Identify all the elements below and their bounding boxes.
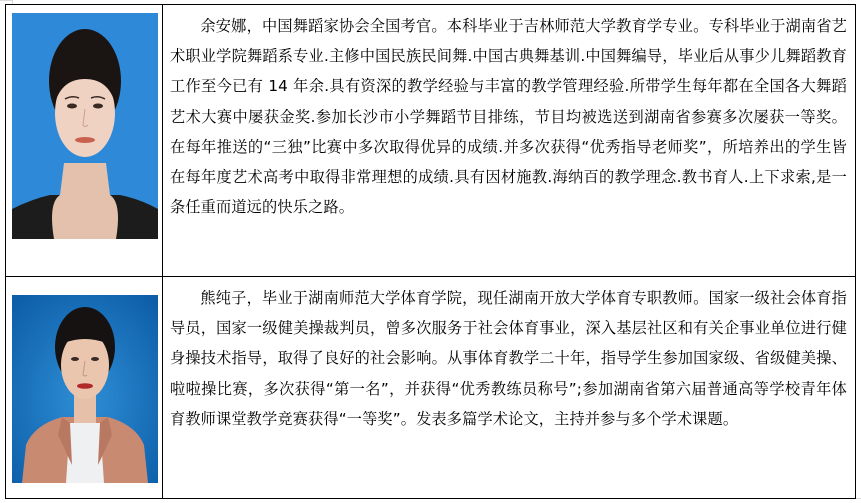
bio-cell: 熊纯子，毕业于湖南师范大学体育学院，现任湖南开放大学体育专职教师。国家一级社会体… — [163, 277, 856, 499]
photo-cell — [6, 5, 163, 277]
portrait-image — [12, 295, 158, 483]
teacher-bio-text: 余安娜，中国舞蹈家协会全国考官。本科毕业于吉林师范大学教育学专业。专科毕业于湖南… — [170, 11, 847, 222]
bio-cell: 余安娜，中国舞蹈家协会全国考官。本科毕业于吉林师范大学教育学专业。专科毕业于湖南… — [163, 5, 856, 277]
page-corner-mark — [0, 0, 12, 1]
teacher-photo — [12, 13, 158, 239]
teacher-bio-text: 熊纯子，毕业于湖南师范大学体育学院，现任湖南开放大学体育专职教师。国家一级社会体… — [170, 283, 847, 434]
teacher-bio-table: 余安娜，中国舞蹈家协会全国考官。本科毕业于吉林师范大学教育学专业。专科毕业于湖南… — [5, 4, 856, 499]
photo-cell — [6, 277, 163, 499]
table-row: 余安娜，中国舞蹈家协会全国考官。本科毕业于吉林师范大学教育学专业。专科毕业于湖南… — [6, 5, 856, 277]
portrait-image — [12, 13, 158, 239]
teacher-photo — [12, 295, 158, 483]
table-row: 熊纯子，毕业于湖南师范大学体育学院，现任湖南开放大学体育专职教师。国家一级社会体… — [6, 277, 856, 499]
